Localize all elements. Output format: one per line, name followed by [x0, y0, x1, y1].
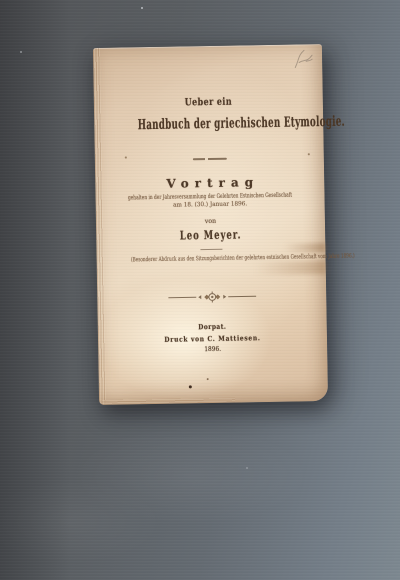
book-title-page: Ueber ein Handbuch der griechischen Etym… [93, 44, 328, 405]
page-stain [283, 243, 325, 253]
byline-prefix: von [102, 215, 320, 227]
divider-rule-top [192, 158, 226, 161]
photo-background: Ueber ein Handbuch der griechischen Etym… [0, 0, 400, 580]
divider-rule-author [200, 249, 222, 250]
author-name: Leo Meyer. [130, 227, 291, 244]
pencil-mark [291, 47, 317, 71]
dust-speck [246, 467, 248, 469]
dust-speck [207, 378, 209, 380]
dust-speck [308, 153, 310, 155]
imprint-year: 1896. [110, 343, 316, 355]
dust-speck [125, 156, 127, 158]
series-line: Ueber ein [117, 95, 300, 109]
dust-speck [141, 7, 143, 9]
dust-speck [20, 51, 22, 53]
page-edges-bottom [102, 398, 235, 405]
dust-speck [189, 385, 192, 388]
page-stain [254, 261, 326, 275]
genre-label: Vortrag [95, 174, 324, 192]
book-title: Handbuch der griechischen Etymologie. [138, 115, 280, 133]
ornament-icon [168, 290, 256, 304]
imprint-place: Dorpat. [115, 320, 310, 332]
